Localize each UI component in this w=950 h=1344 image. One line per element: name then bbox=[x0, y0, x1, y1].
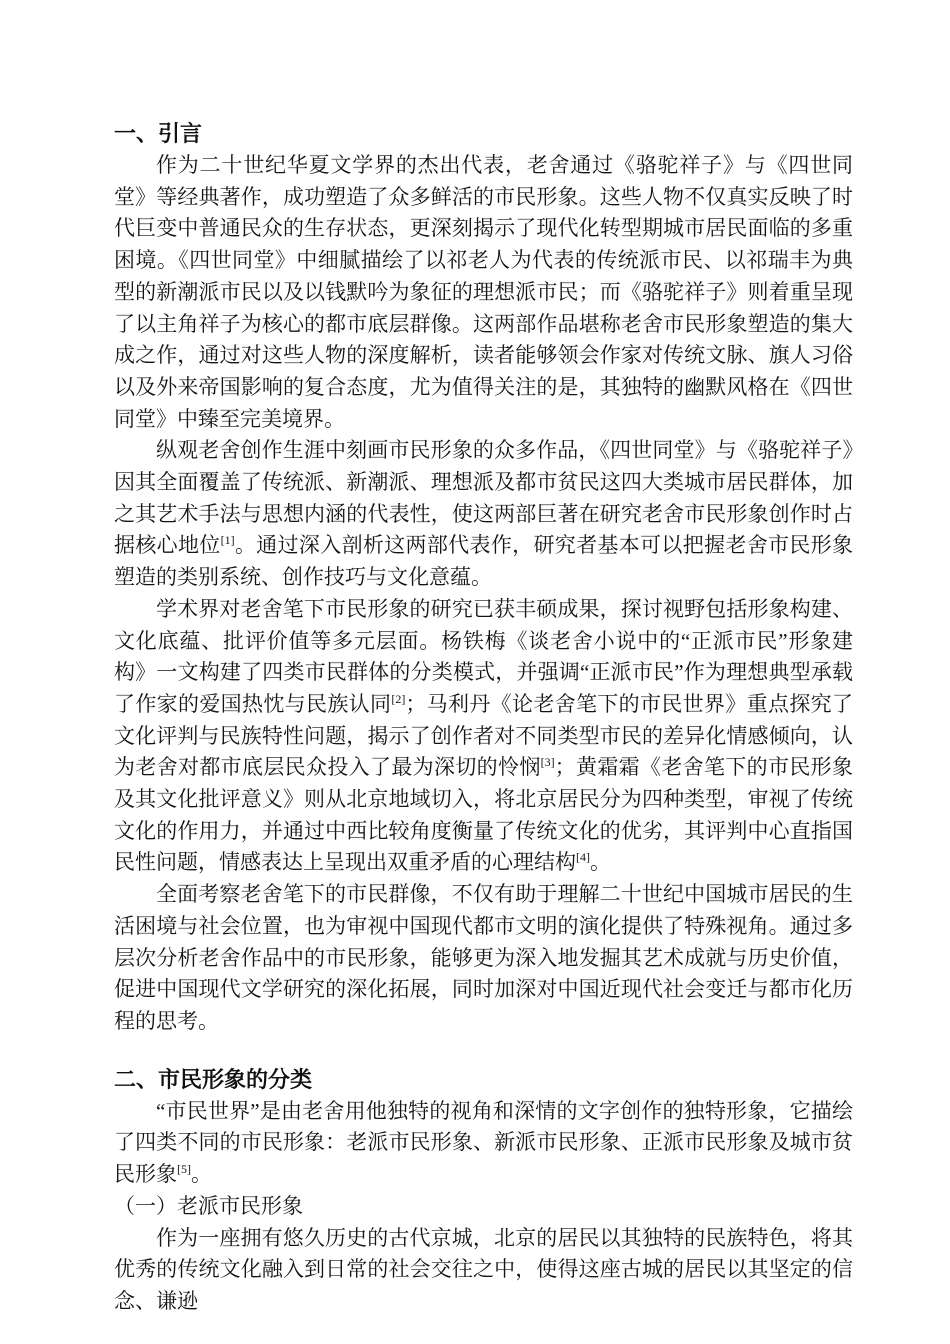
paragraph-text: “市民世界”是由老舍用他独特的视角和深情的文字创作的独特形象，它描绘了四类不同的… bbox=[114, 1099, 853, 1186]
subsection-heading-old-school-citizen: （一）老派市民形象 bbox=[114, 1191, 853, 1223]
paragraph-intro-2: 纵观老舍创作生涯中刻画市民形象的众多作品，《四世同堂》与《骆驼祥子》因其全面覆盖… bbox=[114, 435, 853, 594]
footnote-ref-1: [1] bbox=[221, 533, 235, 547]
paragraph-classification-2: 作为一座拥有悠久历史的古代京城，北京的居民以其独特的民族特色，将其优秀的传统文化… bbox=[114, 1223, 853, 1318]
paragraph-text: 全面考察老舍笔下的市民群像，不仅有助于理解二十世纪中国城市居民的生活困境与社会位… bbox=[114, 882, 853, 1033]
paragraph-text: 。 bbox=[191, 1162, 212, 1186]
footnote-ref-4: [4] bbox=[576, 850, 590, 864]
section-heading-introduction: 一、引言 bbox=[114, 118, 853, 150]
paragraph-classification-1: “市民世界”是由老舍用他独特的视角和深情的文字创作的独特形象，它描绘了四类不同的… bbox=[114, 1096, 853, 1191]
paragraph-text: 作为一座拥有悠久历史的古代京城，北京的居民以其独特的民族特色，将其优秀的传统文化… bbox=[114, 1226, 853, 1313]
document-page: 一、引言 作为二十世纪华夏文学界的杰出代表，老舍通过《骆驼祥子》与《四世同堂》等… bbox=[0, 0, 950, 1344]
paragraph-text: 作为二十世纪华夏文学界的杰出代表，老舍通过《骆驼祥子》与《四世同堂》等经典著作，… bbox=[114, 153, 853, 431]
footnote-ref-5: [5] bbox=[177, 1162, 191, 1176]
footnote-ref-3: [3] bbox=[541, 755, 555, 769]
paragraph-text: 。 bbox=[590, 850, 611, 874]
paragraph-intro-4: 全面考察老舍笔下的市民群像，不仅有助于理解二十世纪中国城市居民的生活困境与社会位… bbox=[114, 879, 853, 1038]
paragraph-intro-3: 学术界对老舍笔下市民形象的研究已获丰硕成果，探讨视野包括形象构建、文化底蕴、批评… bbox=[114, 594, 853, 879]
paragraph-intro-1: 作为二十世纪华夏文学界的杰出代表，老舍通过《骆驼祥子》与《四世同堂》等经典著作，… bbox=[114, 150, 853, 435]
document-content: 一、引言 作为二十世纪华夏文学界的杰出代表，老舍通过《骆驼祥子》与《四世同堂》等… bbox=[114, 118, 853, 1318]
section-heading-classification: 二、市民形象的分类 bbox=[114, 1064, 853, 1096]
footnote-ref-2: [2] bbox=[391, 692, 405, 706]
